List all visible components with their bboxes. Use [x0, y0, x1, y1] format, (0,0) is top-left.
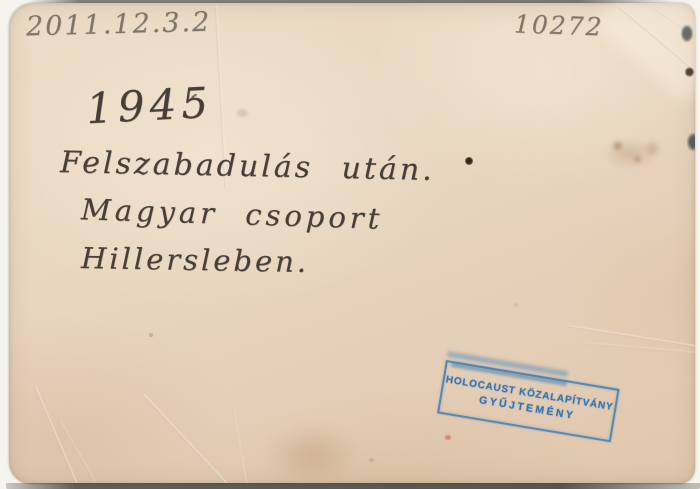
- edge-speck: [685, 67, 694, 77]
- crease-mark: [142, 393, 234, 484]
- red-speck: [445, 435, 451, 440]
- corner-sheen: [593, 3, 695, 102]
- handwritten-archive-number: 10272: [514, 9, 604, 41]
- brown-stain: [597, 127, 671, 181]
- photo-card-back: 2011.12.3.2 10272 1945 ʻ Felszabadulás u…: [9, 3, 695, 484]
- handwritten-caption-line-3: Hillersleben.: [81, 241, 310, 279]
- handwritten-inventory-number: 2011.12.3.2: [26, 7, 212, 43]
- crease-mark: [59, 421, 96, 483]
- ink-blot: [465, 157, 473, 165]
- scan-edge-shadow-bottom: [6, 483, 700, 489]
- crease-mark: [232, 409, 248, 484]
- paper-freckle: [237, 109, 248, 117]
- paper-freckle: [149, 333, 153, 337]
- edge-speck: [687, 133, 695, 151]
- paper-freckle: [369, 458, 374, 462]
- handwritten-caption-line-2: Magyar csoport: [81, 192, 384, 235]
- handwritten-caption-line-1: Felszabadulás után.: [60, 145, 435, 188]
- archive-stamp: HOLOCAUST KÖZALAPÍTVÁNY GYŰJTEMÉNY: [437, 360, 619, 442]
- paper-freckle: [514, 303, 518, 307]
- edge-speck: [681, 25, 693, 42]
- crease-mark: [34, 386, 80, 484]
- bottom-stain: [267, 427, 357, 484]
